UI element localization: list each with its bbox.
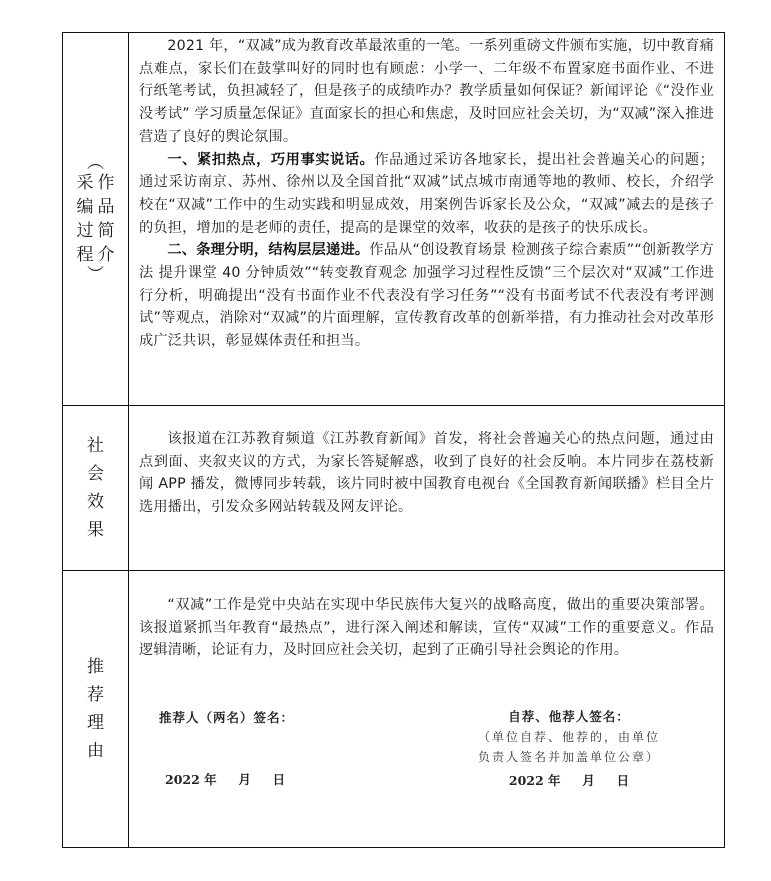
content-social-effect: 该报道在江苏教育频道《江苏教育新闻》首发，将社会普遍关心的热点问题，通过由点到面…	[129, 406, 724, 570]
label-char: 编	[76, 195, 95, 219]
label-char: 采	[76, 171, 95, 195]
label-char: 品	[97, 195, 116, 219]
label-cell-recommendation-reason: 推 荐 理 由	[63, 571, 129, 847]
signature-recommenders-date: 2022 年 月 日	[165, 770, 294, 788]
row-recommendation-reason: 推 荐 理 由 “双减”工作是党中央站在实现中华民族伟大复兴的战略高度，做出的重…	[63, 571, 724, 847]
label-social-effect: 社 会 效 果	[85, 432, 107, 544]
paragraph-heading: 二、条理分明，结构层层递进。	[167, 242, 369, 258]
signature-self-nominated: 自荐、他荐人签名： （单位自荐、他荐的，由单位 负责人签名并加盖单位公章） 20…	[459, 707, 679, 789]
label-char: 介	[97, 243, 116, 267]
row-production-process: ︵ 采 编 过 程 作 品 简 介 ︶	[63, 33, 724, 406]
close-paren: ︶	[87, 267, 104, 283]
label-char: 过	[76, 219, 95, 243]
label-char: 社	[85, 432, 107, 460]
row-social-effect: 社 会 效 果 该报道在江苏教育频道《江苏教育新闻》首发，将社会普遍关心的热点问…	[63, 406, 724, 571]
label-char: 作	[97, 171, 116, 195]
paragraph-heading: 一、紧扣热点，巧用事实说话。	[167, 152, 374, 168]
signature-recommenders: 推荐人（两名）签名： 2022 年 月 日	[159, 708, 294, 788]
label-col-right: 作 品 简 介	[97, 171, 116, 267]
paragraph-text: 2021 年，“双减”成为教育改革最浓重的一笔。一系列重磅文件颁布实施，切中教育…	[139, 38, 714, 145]
paragraph-social-effect: 该报道在江苏教育频道《江苏教育新闻》首发，将社会普遍关心的热点问题，通过由点到面…	[139, 428, 714, 519]
signature-self-nominated-label: 自荐、他荐人签名：	[459, 707, 679, 725]
paragraph-point-two: 二、条理分明，结构层层递进。作品从“创设教育场景 检测孩子综合素质”“创新教学方…	[139, 239, 714, 353]
label-col-left: 采 编 过 程	[76, 171, 95, 267]
label-char: 简	[97, 219, 116, 243]
label-cell-social-effect: 社 会 效 果	[63, 406, 129, 570]
label-char: 荐	[85, 681, 107, 709]
signature-recommenders-label: 推荐人（两名）签名：	[159, 708, 294, 726]
label-char: 由	[85, 737, 107, 765]
label-recommendation-reason: 推 荐 理 由	[85, 653, 107, 765]
recommendation-form-table: ︵ 采 编 过 程 作 品 简 介 ︶	[62, 32, 725, 848]
paragraph-text: 该报道在江苏教育频道《江苏教育新闻》首发，将社会普遍关心的热点问题，通过由点到面…	[139, 431, 714, 515]
signature-self-nominated-date: 2022 年 月 日	[459, 771, 679, 789]
label-char: 程	[76, 243, 95, 267]
label-char: 推	[85, 653, 107, 681]
open-paren: ︵	[87, 155, 104, 171]
paragraph-point-one: 一、紧扣热点，巧用事实说话。作品通过采访各地家长，提出社会普遍关心的问题；通过采…	[139, 149, 714, 240]
label-char: 效	[85, 488, 107, 516]
paragraph-text: “双减”工作是党中央站在实现中华民族伟大复兴的战略高度，做出的重要决策部署。该报…	[139, 597, 714, 658]
label-char: 理	[85, 709, 107, 737]
content-production-process: 2021 年，“双减”成为教育改革最浓重的一笔。一系列重磅文件颁布实施，切中教育…	[129, 33, 724, 405]
label-char: 会	[85, 460, 107, 488]
content-recommendation-reason: “双减”工作是党中央站在实现中华民族伟大复兴的战略高度，做出的重要决策部署。该报…	[129, 571, 724, 847]
signature-note-line2: 负责人签名并加盖单位公章）	[459, 747, 679, 767]
paragraph-recommendation: “双减”工作是党中央站在实现中华民族伟大复兴的战略高度，做出的重要决策部署。该报…	[139, 594, 714, 662]
label-production-process: ︵ 采 编 过 程 作 品 简 介 ︶	[76, 155, 116, 283]
label-char: 果	[85, 516, 107, 544]
paragraph-intro: 2021 年，“双减”成为教育改革最浓重的一笔。一系列重磅文件颁布实施，切中教育…	[139, 35, 714, 149]
label-cell-production-process: ︵ 采 编 过 程 作 品 简 介 ︶	[63, 33, 129, 405]
signature-note-line1: （单位自荐、他荐的，由单位	[459, 727, 679, 747]
paragraph-text: 作品从“创设教育场景 检测孩子综合素质”“创新教学方法 提升课堂 40 分钟质效…	[139, 242, 714, 349]
